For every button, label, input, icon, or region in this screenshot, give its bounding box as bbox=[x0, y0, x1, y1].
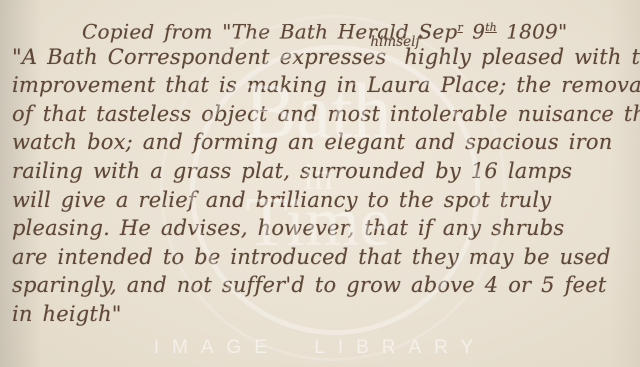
manuscript-line-3: of that tasteless object and most intole… bbox=[12, 100, 636, 129]
inserted-word: himself bbox=[370, 36, 420, 49]
manuscript-text: Copied from "The Bath Herald Sepr 9th 18… bbox=[12, 14, 636, 329]
manuscript-line-8: are intended to be introduced that they … bbox=[12, 243, 636, 272]
manuscript-line-10: in heigth" bbox=[12, 300, 636, 329]
manuscript-line-7: pleasing. He advises, however, that if a… bbox=[12, 214, 636, 243]
manuscript-line-2: improvement that is making in Laura Plac… bbox=[12, 71, 636, 100]
heading-superscript-th: th bbox=[485, 21, 497, 34]
manuscript-line-4: watch box; and forming an elegant and sp… bbox=[12, 128, 636, 157]
heading-text: 9 bbox=[463, 20, 485, 44]
manuscript-heading: Copied from "The Bath Herald Sepr 9th 18… bbox=[12, 14, 636, 43]
manuscript-line-9: sparingly, and not suffer'd to grow abov… bbox=[12, 271, 636, 300]
manuscript-line-5: railing with a grass plat, surrounded by… bbox=[12, 157, 636, 186]
manuscript-line-6: will give a relief and brilliancy to the… bbox=[12, 186, 636, 215]
manuscript-scan: Copied from "The Bath Herald Sepr 9th 18… bbox=[0, 0, 640, 367]
manuscript-line-1: "A Bath Correspondent expresseshimself h… bbox=[12, 43, 636, 72]
watermark-image-library-label: IMAGE LIBRARY bbox=[0, 337, 640, 359]
heading-text: 1809" bbox=[497, 20, 568, 44]
line-text: "A Bath Correspondent expresses bbox=[12, 45, 386, 69]
line-text: highly pleased with the bbox=[394, 45, 640, 69]
